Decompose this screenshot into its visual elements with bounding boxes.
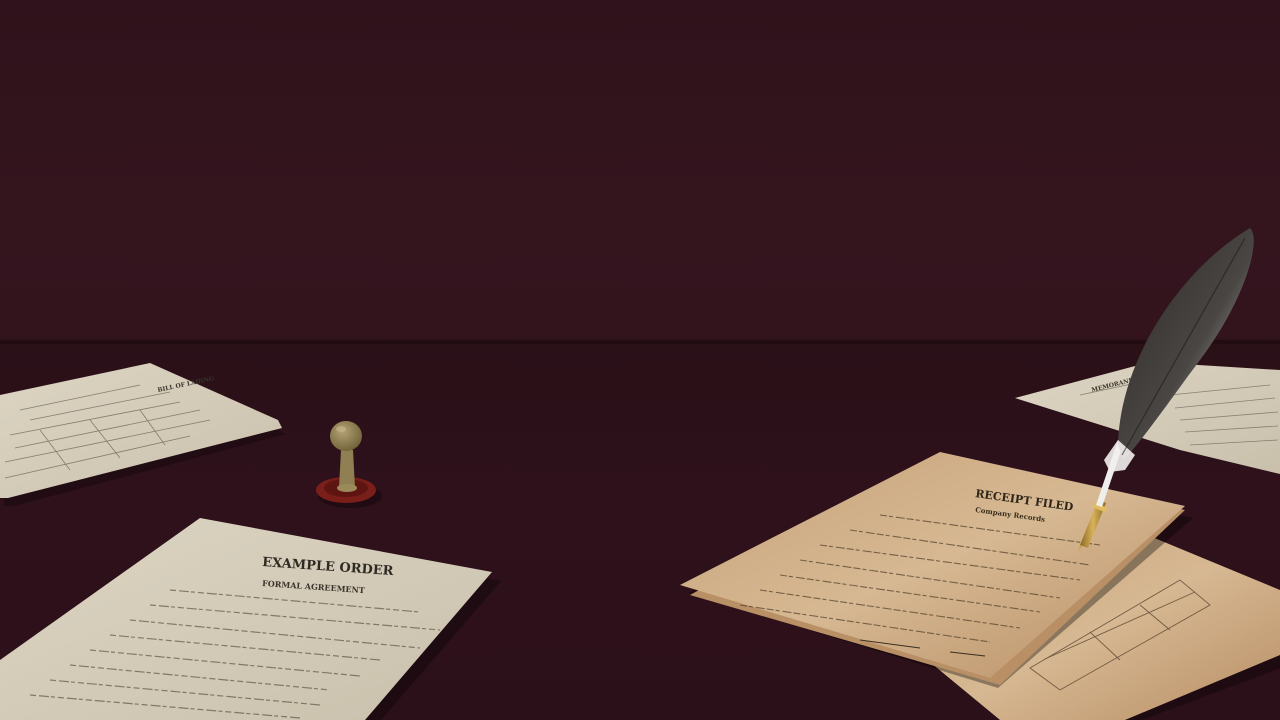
wax-seal-stamp [316,421,382,508]
document-bottom-left: EXAMPLE ORDER FORMAL AGREEMENT [0,518,501,720]
document-desk-scene: BILL OF LADING MEMORANDUM EXAMPLE ORDER … [0,0,1280,720]
scene-illustration: BILL OF LADING MEMORANDUM EXAMPLE ORDER … [0,0,1280,720]
document-top-left: BILL OF LADING [0,363,286,506]
